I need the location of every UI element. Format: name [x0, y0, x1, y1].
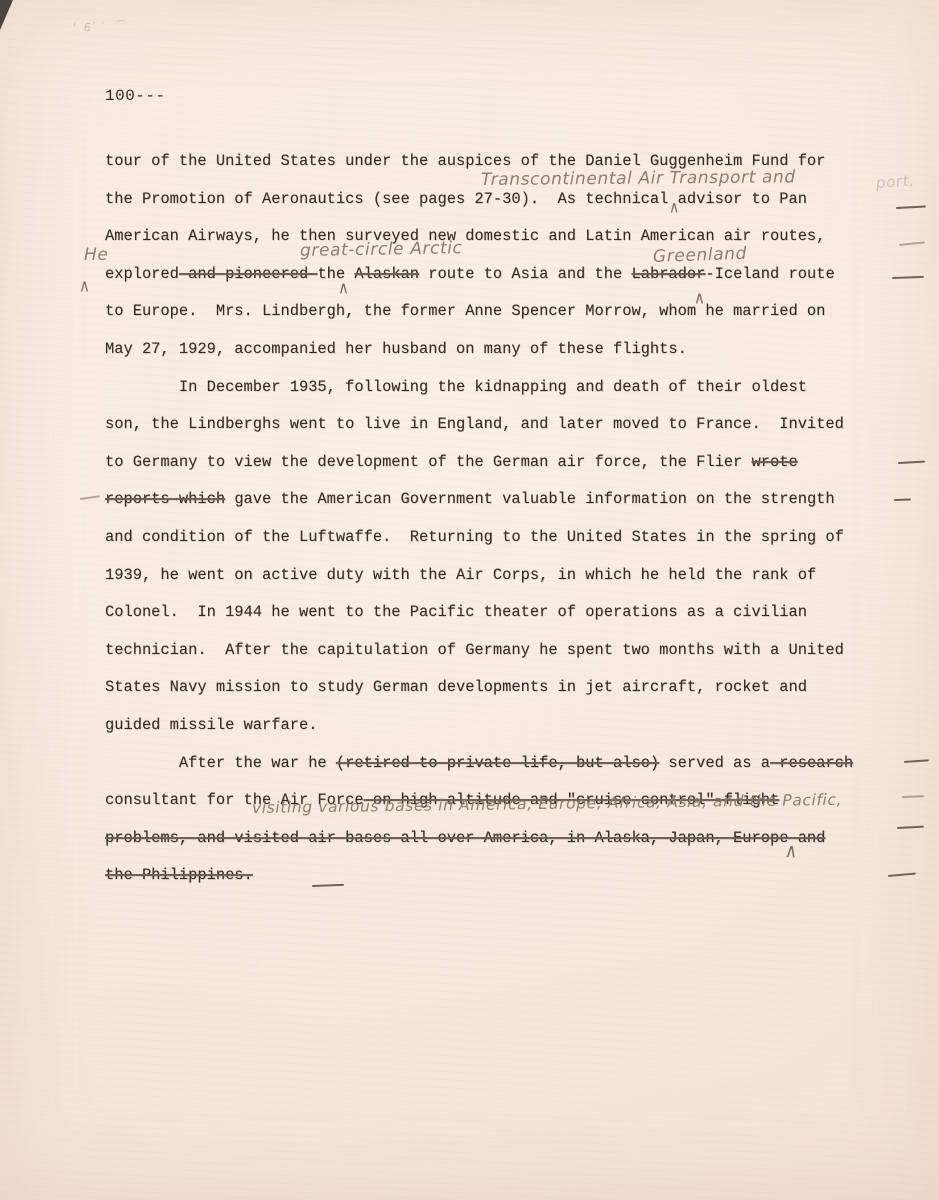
typescript-line: to Europe. Mrs. Lindbergh, the former An… [105, 293, 895, 331]
typed-text: In December 1935, following the kidnappi… [105, 378, 807, 396]
typescript-line: 1939, he went on active duty with the Ai… [105, 557, 895, 595]
pencil-margin-mark [80, 495, 100, 500]
struck-text: (retired to private life, but also) [336, 754, 659, 772]
handwritten-annotation: port, [875, 171, 915, 192]
typed-text: States Navy mission to study German deve… [105, 678, 807, 696]
typescript-line: explored and pioneered the Alaskan route… [105, 256, 895, 294]
pencil-margin-mark [892, 276, 924, 280]
typed-text: to Europe. Mrs. Lindbergh, the former An… [105, 302, 825, 320]
struck-text: research [770, 754, 853, 772]
struck-text: Labrador [631, 265, 705, 283]
typescript-line: States Navy mission to study German deve… [105, 669, 895, 707]
handwritten-annotation: great-circle Arctic [300, 238, 463, 261]
typescript-line: Colonel. In 1944 he went to the Pacific … [105, 594, 895, 632]
insertion-caret: ∧ [669, 199, 680, 217]
insertion-caret: ∧ [784, 840, 799, 864]
page-number: 100--- [105, 87, 166, 105]
typescript-line: After the war he (retired to private lif… [105, 745, 895, 783]
typescript-line: American Airways, he then surveyed new d… [105, 218, 895, 256]
typescript-line: May 27, 1929, accompanied her husband on… [105, 331, 895, 369]
typed-text: technician. After the capitulation of Ge… [105, 641, 844, 659]
struck-text: problems, and visited air bases all over… [105, 829, 825, 847]
pencil-margin-mark [894, 498, 911, 501]
typescript-line: son, the Lindberghs went to live in Engl… [105, 406, 895, 444]
typescript-line: guided missile warfare. [105, 707, 895, 745]
typed-text: and condition of the Luftwaffe. Returnin… [105, 528, 844, 546]
insertion-caret: ∧ [338, 278, 350, 299]
handwritten-annotation: Greenland [653, 244, 748, 267]
typed-text: the Promotion of Aeronautics (see pages … [105, 190, 807, 208]
typescript-line: and condition of the Luftwaffe. Returnin… [105, 519, 895, 557]
typescript-line: the Philippines. [105, 857, 895, 895]
typed-text: May 27, 1929, accompanied her husband on… [105, 340, 687, 358]
struck-text: the Philippines. [105, 866, 253, 884]
struck-text: reports which [105, 490, 225, 508]
handwritten-annotation: ʹ 6ʹ ˙ ⌒ [72, 17, 126, 36]
typed-text: to Germany to view the development of th… [105, 453, 752, 471]
pencil-margin-mark [902, 795, 924, 798]
typed-text: American Airways, he then surveyed new d… [105, 227, 825, 245]
typed-text: guided missile warfare. [105, 716, 317, 734]
pencil-margin-mark [897, 826, 924, 830]
typescript-line: In December 1935, following the kidnappi… [105, 369, 895, 407]
typescript-line: reports which gave the American Governme… [105, 481, 895, 519]
struck-text: and pioneered [179, 265, 318, 283]
handwritten-annotation: He [84, 245, 108, 265]
typed-text: Colonel. In 1944 he went to the Pacific … [105, 603, 807, 621]
pencil-margin-mark [899, 241, 925, 246]
typed-text: explored [105, 265, 179, 283]
pencil-margin-mark [904, 759, 929, 763]
pencil-margin-mark [896, 205, 926, 209]
insertion-caret: ∧ [694, 288, 706, 309]
typed-text: route to Asia and the [419, 265, 631, 283]
typescript-line: problems, and visited air bases all over… [105, 820, 895, 858]
typed-text: son, the Lindberghs went to live in Engl… [105, 415, 844, 433]
struck-text: Alaskan [354, 265, 419, 283]
typescript-line: technician. After the capitulation of Ge… [105, 632, 895, 670]
typed-text: 1939, he went on active duty with the Ai… [105, 566, 816, 584]
typescript-line: to Germany to view the development of th… [105, 444, 895, 482]
pencil-margin-mark [898, 461, 925, 465]
scanned-typescript-page: 100--- tour of the United States under t… [0, 0, 939, 1200]
struck-text: wrote [752, 453, 798, 471]
typescript-body: tour of the United States under the ausp… [105, 143, 895, 895]
typed-text: -Iceland route [705, 265, 834, 283]
handwritten-annotation: Transcontinental Air Transport and [481, 167, 796, 190]
typed-text: gave the American Government valuable in… [225, 490, 835, 508]
typed-text: After the war he [105, 754, 336, 772]
typed-text: served as a [659, 754, 770, 772]
scan-corner-shadow [0, 0, 13, 30]
insertion-caret: ∧ [79, 276, 91, 297]
